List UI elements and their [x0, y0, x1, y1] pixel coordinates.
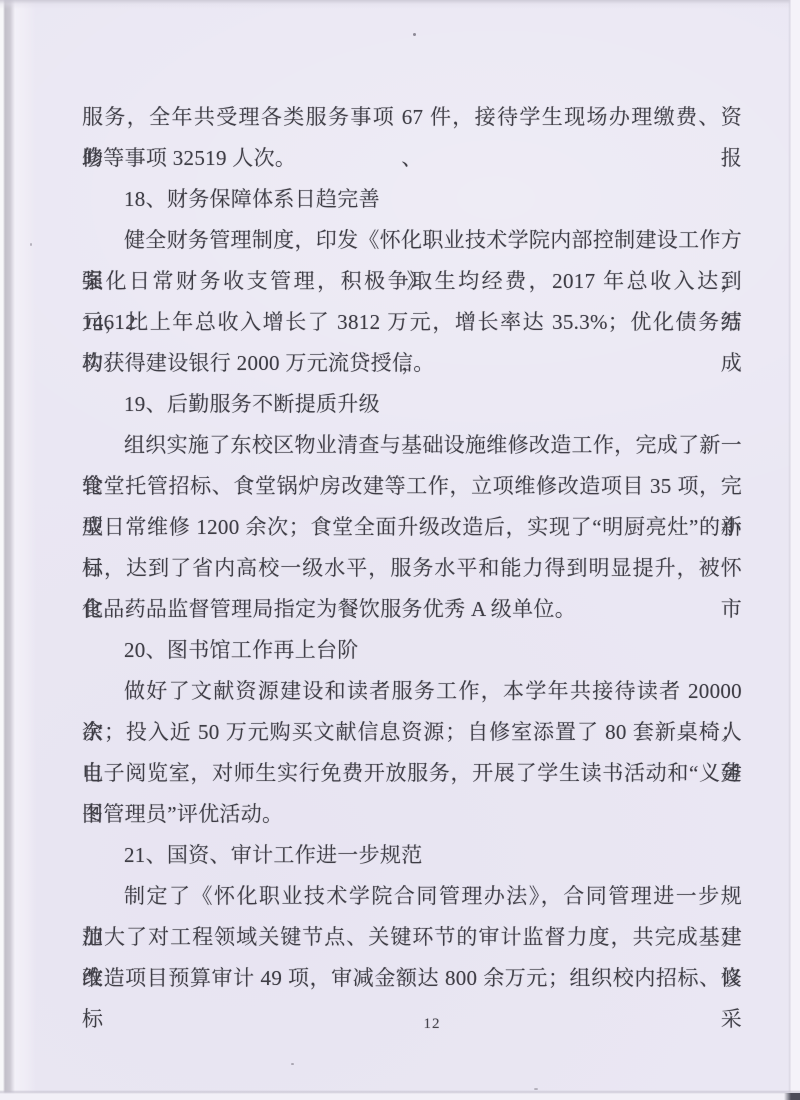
text-line: 强化日常财务收支管理，积极争取生均经费，2017 年总收入达到 14612 万 — [82, 261, 742, 302]
section-heading-21: 21、国资、审计工作进一步规范 — [82, 835, 742, 876]
text-line: 服务，全年共受理各类服务事项 67 件，接待学生现场办理缴费、资助、报 — [82, 97, 742, 138]
scan-speck — [413, 33, 416, 36]
text-line: 加大了对工程领域关键节点、关键环节的审计监督力度，共完成基建维修 — [82, 917, 742, 958]
scan-edge-top — [0, 0, 800, 9]
section-heading-18: 18、财务保障体系日趋完善 — [82, 179, 742, 220]
page-number: 12 — [372, 1012, 492, 1036]
section-heading-20: 20、图书馆工作再上台阶 — [82, 630, 742, 671]
text-line: 标，达到了省内高校一级水平，服务水平和能力得到明显提升，被怀化市 — [82, 548, 742, 589]
scan-edge-bottom — [0, 1090, 800, 1100]
text-line: 健全财务管理制度，印发《怀化职业技术学院内部控制建设工作方案》， — [82, 220, 742, 261]
scan-speck — [30, 243, 32, 246]
text-line: 型日常维修 1200 余次；食堂全面升级改造后，实现了“明厨亮灶”的新目 — [82, 507, 742, 548]
scan-speck — [291, 1063, 294, 1065]
text-line: 书管理员”评优活动。 — [82, 794, 742, 835]
text-line: 改造项目预算审计 49 项，审减金额达 800 余万元；组织校内招标、议标采 — [82, 958, 742, 999]
text-line: 次；投入近 50 万元购买文献信息资源；自修室添置了 80 套新桌椅；自建 — [82, 712, 742, 753]
document-text-block: 服务，全年共受理各类服务事项 67 件，接待学生现场办理缴费、资助、报 修等事项… — [82, 97, 742, 999]
scan-edge-left — [0, 0, 36, 1100]
text-line: 做好了文献资源建设和读者服务工作，本学年共接待读者 20000 余人 — [82, 671, 742, 712]
text-line: 电子阅览室，对师生实行免费开放服务，开展了学生读书活动和“义务图 — [82, 753, 742, 794]
text-line: 元，比上年总收入增长了 3812 万元，增长率达 35.3%；优化债务结构，成 — [82, 302, 742, 343]
text-line: 食堂托管招标、食堂锅炉房改建等工作，立项维修改造项目 35 项，完成小 — [82, 466, 742, 507]
section-heading-19: 19、后勤服务不断提质升级 — [82, 384, 742, 425]
scan-speck — [534, 1088, 538, 1090]
scan-edge-right — [788, 0, 800, 1100]
scan-corner-mark — [784, 1093, 800, 1100]
text-line: 组织实施了东校区物业清查与基础设施维修改造工作，完成了新一轮 — [82, 425, 742, 466]
text-line: 制定了《怀化职业技术学院合同管理办法》，合同管理进一步规范； — [82, 876, 742, 917]
